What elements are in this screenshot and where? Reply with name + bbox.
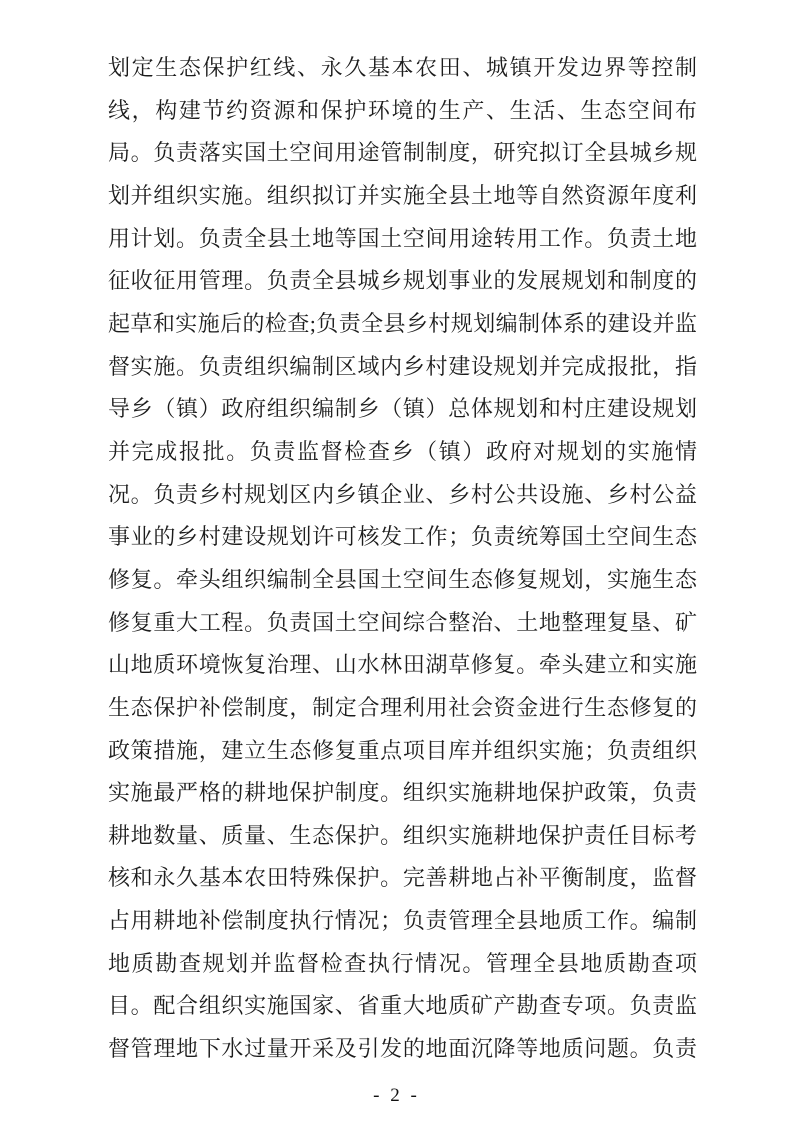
document-page: 划定生态保护红线、永久基本农田、城镇开发边界等控制线，构建节约资源和保护环境的生… [0,0,793,1122]
text-line: 山地质环境恢复治理、山水林田湖草修复。牵头建立和实施 [108,644,697,687]
text-line: 地质勘查规划并监督检查执行情况。管理全县地质勘查项 [108,943,697,986]
text-line: 线，构建节约资源和保护环境的生产、生活、生态空间布 [108,90,697,133]
text-line: 征收征用管理。负责全县城乡规划事业的发展规划和制度的 [108,260,697,303]
text-line: 修复。牵头组织编制全县国土空间生态修复规划，实施生态 [108,559,697,602]
text-line: 政策措施，建立生态修复重点项目库并组织实施；负责组织 [108,730,697,773]
text-line: 事业的乡村建设规划许可核发工作；负责统筹国土空间生态 [108,516,697,559]
text-line: 督实施。负责组织编制区域内乡村建设规划并完成报批，指 [108,346,697,389]
text-line: 并完成报批。负责监督检查乡（镇）政府对规划的实施情 [108,431,697,474]
text-line: 修复重大工程。负责国土空间综合整治、土地整理复垦、矿 [108,602,697,645]
text-line: 划并组织实施。组织拟订并实施全县土地等自然资源年度利 [108,175,697,218]
page-footer: - 2 - [0,1084,793,1108]
body-text: 划定生态保护红线、永久基本农田、城镇开发边界等控制线，构建节约资源和保护环境的生… [108,47,697,1071]
text-line: 核和永久基本农田特殊保护。完善耕地占补平衡制度，监督 [108,857,697,900]
text-line: 督管理地下水过量开采及引发的地面沉降等地质问题。负责 [108,1028,697,1071]
page-number: - 2 - [373,1084,420,1108]
text-line: 占用耕地补偿制度执行情况；负责管理全县地质工作。编制 [108,900,697,943]
text-line: 用计划。负责全县土地等国土空间用途转用工作。负责土地 [108,218,697,261]
text-line: 耕地数量、质量、生态保护。组织实施耕地保护责任目标考 [108,815,697,858]
text-line: 况。负责乡村规划区内乡镇企业、乡村公共设施、乡村公益 [108,474,697,517]
text-line: 生态保护补偿制度，制定合理利用社会资金进行生态修复的 [108,687,697,730]
text-line: 局。负责落实国土空间用途管制制度，研究拟订全县城乡规 [108,132,697,175]
text-line: 起草和实施后的检查;负责全县乡村规划编制体系的建设并监 [108,303,697,346]
text-line: 实施最严格的耕地保护制度。组织实施耕地保护政策，负责 [108,772,697,815]
text-line: 导乡（镇）政府组织编制乡（镇）总体规划和村庄建设规划 [108,388,697,431]
text-line: 目。配合组织实施国家、省重大地质矿产勘查专项。负责监 [108,985,697,1028]
text-line: 划定生态保护红线、永久基本农田、城镇开发边界等控制 [108,47,697,90]
